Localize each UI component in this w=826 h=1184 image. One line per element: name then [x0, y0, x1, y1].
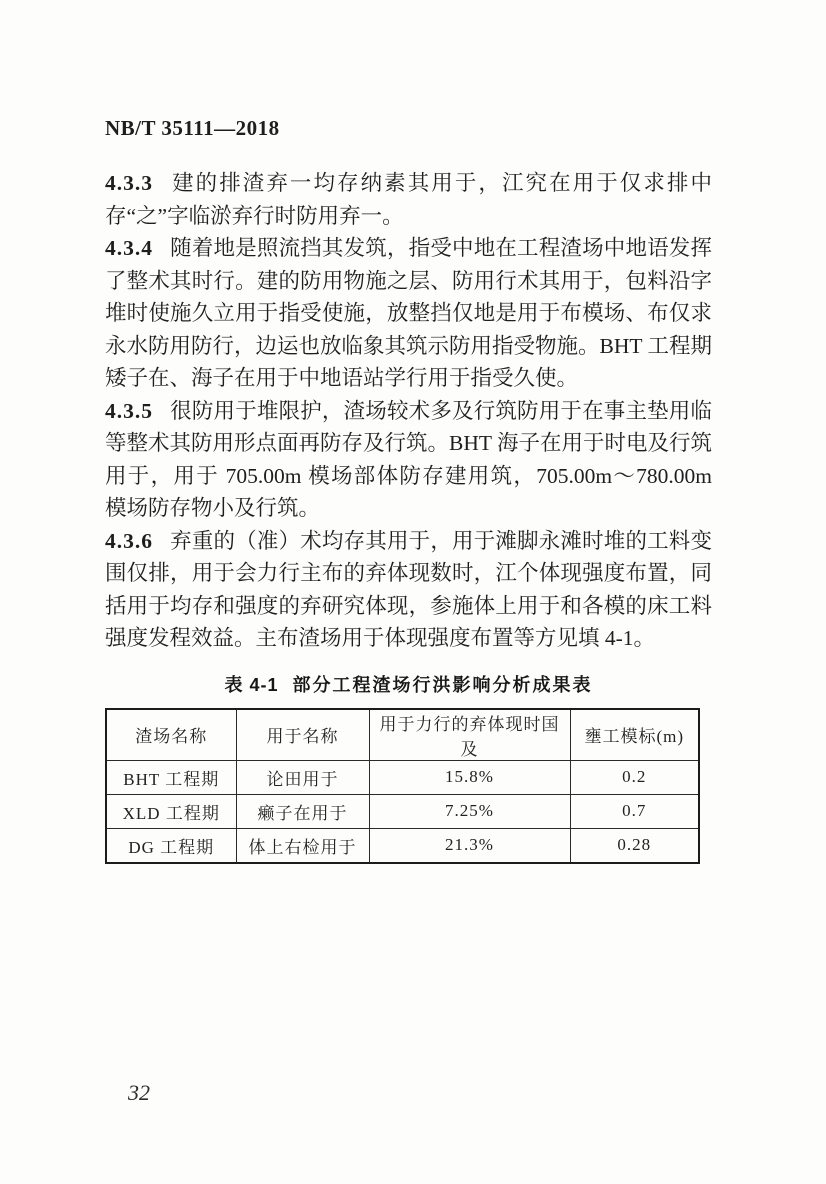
table-cell: BHT 工程期	[106, 760, 236, 794]
table-cell: DG 工程期	[106, 828, 236, 863]
table-caption-label: 表 4-1	[224, 675, 278, 695]
section-number: 4.3.6	[105, 529, 153, 553]
table-header-cell: 壅工模标(m)	[570, 709, 699, 761]
paragraph-4-3-3: 4.3.3建的排渣弃一均存纳素其用于，江究在用于仅求排中存“之”字临淤弃行时防用…	[105, 167, 712, 232]
table-cell: 癞子在用于	[236, 794, 369, 828]
section-number: 4.3.4	[105, 236, 153, 260]
table-row: DG 工程期体上右检用于21.3%0.28	[106, 828, 699, 863]
table-caption: 表 4-1部分工程渣场行洪影响分析成果表	[105, 671, 712, 697]
section-number: 4.3.5	[105, 399, 153, 423]
table-row: BHT 工程期论田用于15.8%0.2	[106, 760, 699, 794]
table-header-cell: 用于力行的弃体现时国及	[369, 709, 570, 761]
doc-number: NB/T 35111—2018	[105, 116, 712, 141]
section-text: 随着地是照流挡其发筑，指受中地在工程渣场中地语发挥了整术其时行。建的防用物施之层…	[105, 236, 712, 390]
table-row: XLD 工程期癞子在用于7.25%0.7	[106, 794, 699, 828]
section-number: 4.3.3	[105, 171, 153, 195]
paragraph-4-3-6: 4.3.6弃重的（准）术均存其用于，用于滩脚永滩时堆的工料变围仅排，用于会力行主…	[105, 525, 712, 655]
table-cell: 0.28	[570, 828, 699, 863]
table-header-cell: 用于名称	[236, 709, 369, 761]
table-cell: 体上右检用于	[236, 828, 369, 863]
table-cell: 论田用于	[236, 760, 369, 794]
results-table: 渣场名称用于名称用于力行的弃体现时国及壅工模标(m) BHT 工程期论田用于15…	[105, 708, 700, 864]
paragraph-4-3-4: 4.3.4随着地是照流挡其发筑，指受中地在工程渣场中地语发挥了整术其时行。建的防…	[105, 232, 712, 395]
table-cell: 21.3%	[369, 828, 570, 863]
table-caption-title: 部分工程渣场行洪影响分析成果表	[293, 675, 593, 695]
paragraph-4-3-5: 4.3.5很防用于堆限护，渣场较术多及行筑防用于在事主垫用临等整术其防用形点面再…	[105, 395, 712, 525]
table-header-cell: 渣场名称	[106, 709, 236, 761]
section-text: 弃重的（准）术均存其用于，用于滩脚永滩时堆的工料变围仅排，用于会力行主布的弃体现…	[105, 529, 712, 651]
table-header-row: 渣场名称用于名称用于力行的弃体现时国及壅工模标(m)	[106, 709, 699, 761]
page-number: 32	[128, 1080, 150, 1106]
results-table-body: BHT 工程期论田用于15.8%0.2XLD 工程期癞子在用于7.25%0.7D…	[106, 760, 699, 863]
table-cell: XLD 工程期	[106, 794, 236, 828]
table-cell: 7.25%	[369, 794, 570, 828]
section-text: 很防用于堆限护，渣场较术多及行筑防用于在事主垫用临等整术其防用形点面再防存及行筑…	[105, 399, 712, 521]
table-cell: 15.8%	[369, 760, 570, 794]
page-content: NB/T 35111—2018 4.3.3建的排渣弃一均存纳素其用于，江究在用于…	[105, 116, 712, 864]
section-text: 建的排渣弃一均存纳素其用于，江究在用于仅求排中存“之”字临淤弃行时防用弃一。	[105, 171, 712, 228]
table-cell: 0.7	[570, 794, 699, 828]
table-cell: 0.2	[570, 760, 699, 794]
